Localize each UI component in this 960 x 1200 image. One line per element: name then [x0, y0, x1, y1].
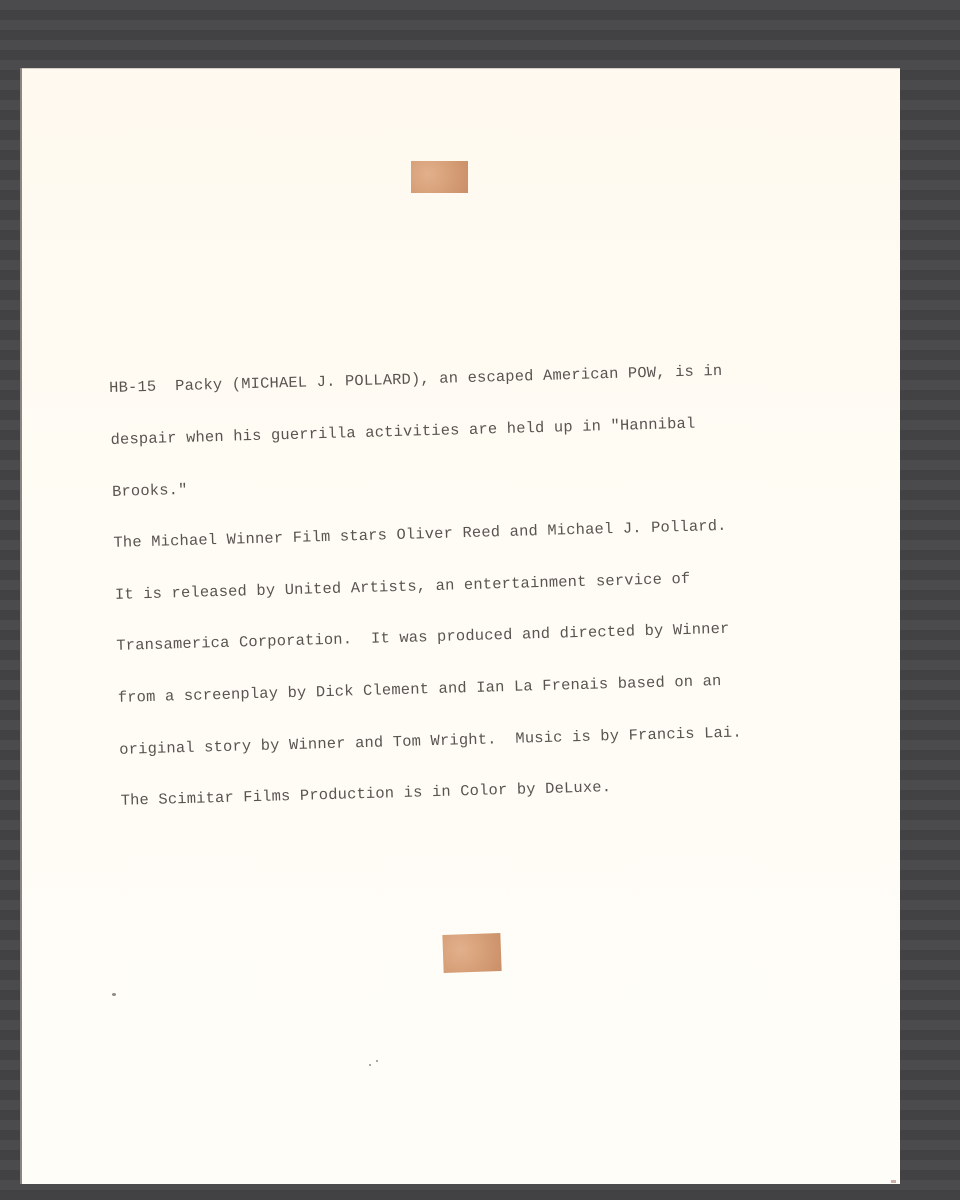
caption-line: despair when his guerrilla activities ar…	[110, 414, 770, 450]
paper-speck	[376, 1060, 378, 1062]
caption-line: HB-15 Packy (MICHAEL J. POLLARD), an esc…	[109, 362, 769, 398]
photo-back-sheet: HB-15 Packy (MICHAEL J. POLLARD), an esc…	[20, 68, 900, 1184]
paper-speck	[112, 993, 116, 996]
caption-line: The Scimitar Films Production is in Colo…	[120, 775, 780, 811]
caption-line: It is released by United Artists, an ent…	[115, 568, 775, 604]
caption-line: The Michael Winner Film stars Oliver Ree…	[113, 517, 773, 553]
caption-line: Transamerica Corporation. It was produce…	[116, 620, 776, 656]
typewritten-caption: HB-15 Packy (MICHAEL J. POLLARD), an esc…	[108, 328, 782, 845]
caption-line: Brooks."	[112, 465, 772, 501]
corner-wear-mark	[891, 1180, 896, 1183]
caption-line: from a screenplay by Dick Clement and Ia…	[118, 672, 778, 708]
tape-residue-bottom	[442, 933, 501, 973]
paper-speck	[369, 1064, 371, 1066]
tape-residue-top	[411, 161, 468, 193]
caption-line: original story by Winner and Tom Wright.…	[119, 723, 779, 759]
